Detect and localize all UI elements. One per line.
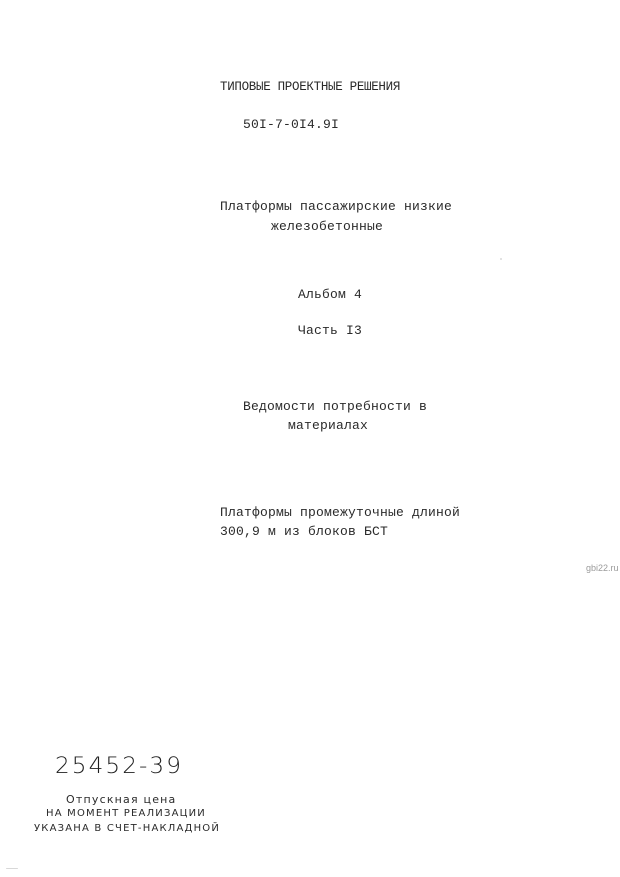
- document-page: ТИПОВЫЕ ПРОЕКТНЫЕ РЕШЕНИЯ 50I-7-0I4.9I П…: [0, 0, 620, 877]
- subject-line1: Платформы промежуточные длиной: [220, 505, 460, 520]
- stamp-line2: на момент реализации: [46, 808, 206, 819]
- scan-speck: [500, 258, 502, 260]
- stamp-number: 25452-39: [55, 754, 183, 779]
- volume-title-line2: материалах: [288, 418, 368, 433]
- series-title: ТИПОВЫЕ ПРОЕКТНЫЕ РЕШЕНИЯ: [220, 80, 400, 94]
- subject-line2: 300,9 м из блоков БСТ: [220, 524, 388, 539]
- stamp-line1: Отпускная цена: [66, 793, 177, 806]
- part-label: Часть I3: [298, 323, 362, 338]
- document-code: 50I-7-0I4.9I: [243, 117, 339, 132]
- document-name-line2: железобетонные: [271, 219, 383, 234]
- watermark: gbi22.ru: [586, 563, 619, 573]
- scan-speck: [6, 868, 18, 869]
- volume-title-line1: Ведомости потребности в: [243, 399, 427, 414]
- stamp-line3: указана в счет-накладной: [34, 823, 220, 834]
- document-name-line1: Платформы пассажирские низкие: [220, 199, 452, 214]
- album-label: Альбом 4: [298, 287, 362, 302]
